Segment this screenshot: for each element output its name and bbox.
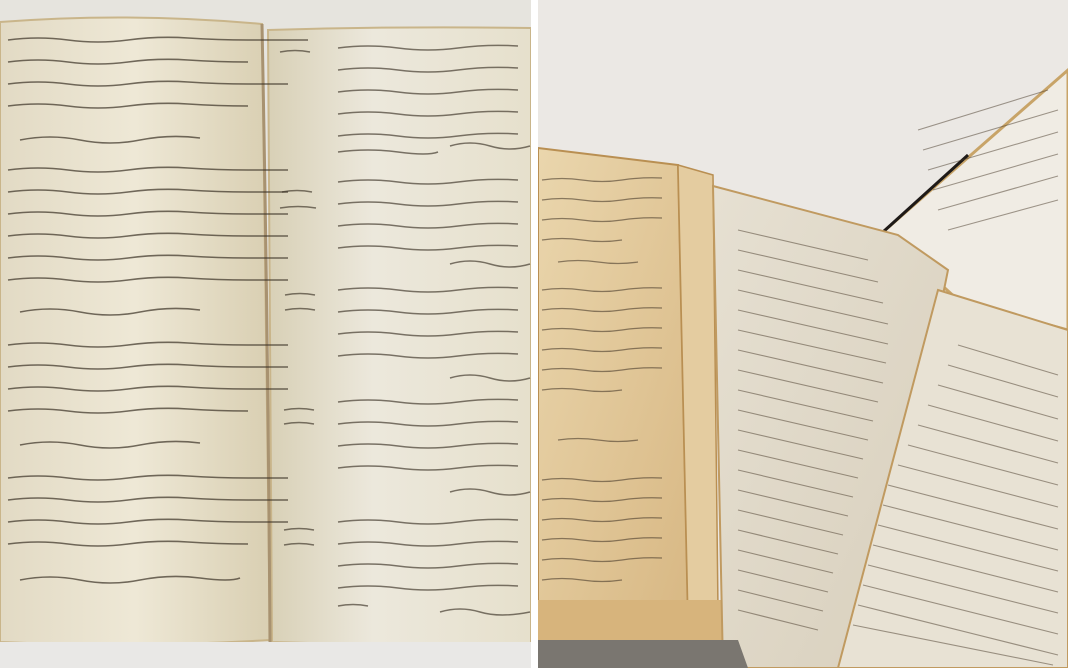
stacked-manuscripts-illustration xyxy=(538,0,1068,668)
left-photo-open-register xyxy=(0,0,531,668)
open-register-illustration xyxy=(0,0,531,668)
right-photo-stacked-manuscripts xyxy=(538,0,1068,668)
